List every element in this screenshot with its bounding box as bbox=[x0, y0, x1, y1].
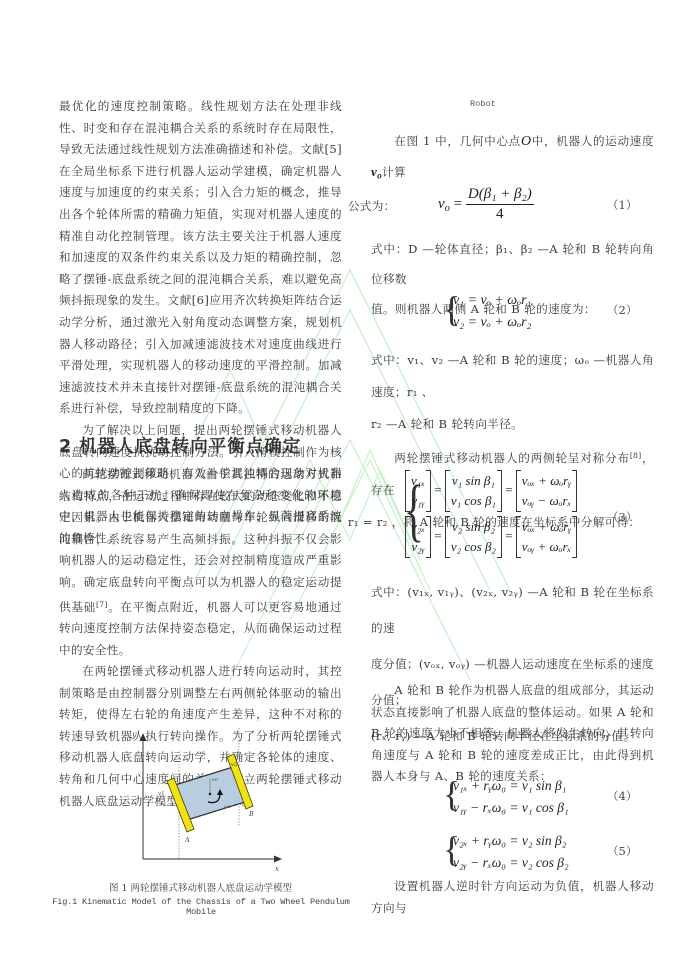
figure-caption-cn: 图 1 两轮摆锤式移动机器人底盘运动学模型 bbox=[59, 880, 342, 894]
body-paragraph: 两轮摆锤式移动机器人由于其独特的运动方式和结构特点，在运动过程中存在较大的动态变… bbox=[59, 464, 342, 661]
figure-caption-en: Fig.1 Kinematic Model of the Chassis of … bbox=[46, 897, 356, 917]
svg-text:v1: v1 bbox=[158, 791, 165, 797]
equation-number: （2） bbox=[607, 302, 637, 318]
svg-text:vo: vo bbox=[212, 777, 218, 783]
equation-2: { v₁ = vₒ + ωₒr₁ v₂ = vₒ + ωₒr₂ bbox=[453, 290, 531, 334]
equation-3: { v₁ₓv₁ᵧ = v₁ sin β₁v₁ cos β₁ = vₒₓ + ωₒ… bbox=[405, 470, 577, 558]
kinematic-diagram: y x v1 v2 vo ωo A B bbox=[112, 723, 312, 873]
equation-1: vo = D(β₁ + β₂)4 bbox=[438, 186, 534, 223]
svg-text:v2: v2 bbox=[231, 762, 238, 768]
equation-number: （3） bbox=[607, 509, 637, 525]
equation-number: （5） bbox=[607, 843, 637, 859]
body-paragraph: 设置机器人逆时针方向运动为负值，机器人移动方向与 bbox=[371, 876, 654, 919]
equation-5: { v₂ₓ + rᵧω₀ = v₂ sin β₂ v₂ᵧ − rₓω₀ = v₂… bbox=[453, 830, 569, 874]
figure-caption-en-continued: Robot bbox=[470, 99, 496, 109]
body-paragraph: 最优化的速度控制策略。线性规划方法在处理非线性、时变和存在混沌耦合关系的系统时存… bbox=[59, 96, 342, 420]
citation[interactable]: [8] bbox=[630, 451, 642, 460]
equation-number: （1） bbox=[607, 197, 637, 213]
svg-text:B: B bbox=[248, 810, 254, 818]
svg-text:x: x bbox=[275, 865, 279, 873]
section-heading: 2 机器人底盘转向平衡点确定 bbox=[59, 433, 301, 458]
svg-text:ωo: ωo bbox=[224, 804, 231, 810]
equation-number: （4） bbox=[607, 788, 637, 804]
svg-text:A: A bbox=[184, 836, 190, 844]
equation-4: { v₁ₓ + rᵧω₀ = v₁ sin β₁ v₁ᵧ − rₓω₀ = v₁… bbox=[453, 775, 569, 819]
svg-text:y: y bbox=[131, 730, 137, 739]
body-paragraph: A 轮和 B 轮作为机器人底盘的组成部分，其运动状态直接影响了机器人底盘的整体运… bbox=[371, 680, 654, 788]
citation[interactable]: [7] bbox=[96, 600, 108, 609]
